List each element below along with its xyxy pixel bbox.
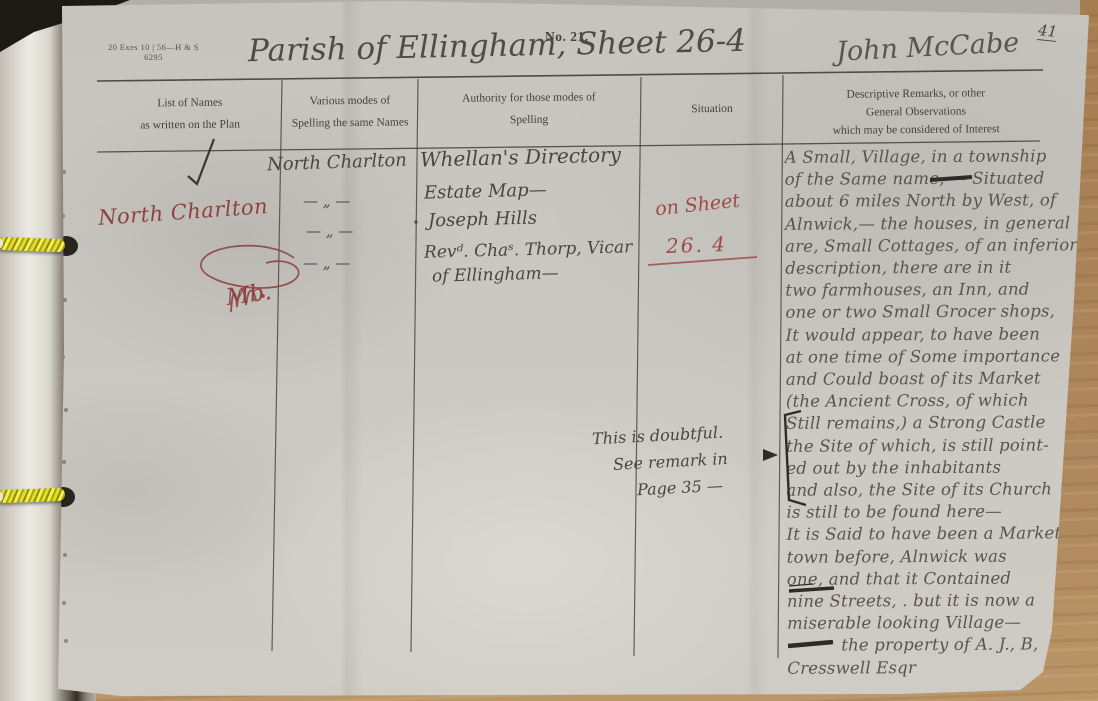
remarks-line: and also, the Site of its Church	[786, 478, 1086, 502]
remarks-line: nine Streets, . but it is now a	[787, 589, 1087, 613]
binding-cord-top	[0, 237, 65, 252]
bracket-arrow-icon	[763, 449, 778, 461]
page-number: 41	[1037, 21, 1058, 42]
remarks-line: miserable looking Village—	[787, 611, 1087, 635]
remarks-line: and Could boast of its Market	[786, 367, 1086, 391]
authority-item: Whellan's Directory	[420, 142, 622, 171]
column-header-remarks: Descriptive Remarks, or other General Ob…	[786, 84, 1047, 141]
column-header-spelling-modes: Various modes of Spelling the same Names	[283, 89, 417, 134]
remarks-line: Still remains,) a Strong Castle	[786, 412, 1086, 436]
column-header-situation: Situation	[642, 97, 782, 120]
checkmark-icon	[188, 139, 214, 184]
ditto-mark: — „ —	[306, 222, 353, 240]
scanned-register-photo: 20 Exes 10 | 56—H & S 6295 No. 21. Paris…	[0, 0, 1098, 701]
red-monogram: Mb.	[224, 279, 273, 311]
remarks-line: A Small, Village, in a township	[785, 145, 1085, 169]
authority-item: Estate Map—	[424, 179, 547, 203]
spelling-mode-first: North Charlton	[267, 150, 408, 176]
remarks-line: about 6 miles North by West, of	[785, 190, 1085, 214]
printer-imprint: 20 Exes 10 | 56—H & S 6295	[108, 42, 199, 62]
remarks-line: ed out by the inhabitants	[786, 456, 1086, 480]
column-divider	[778, 75, 783, 658]
remarks-line: are, Small Cottages, of an inferior	[785, 234, 1085, 258]
situation-sheet: on Sheet	[654, 190, 741, 221]
remarks-line: description, there are in it	[785, 256, 1085, 280]
column-divider	[411, 79, 418, 652]
examiner-signature: John McCabe	[835, 27, 1020, 68]
column-divider	[634, 77, 641, 656]
register-page: 20 Exes 10 | 56—H & S 6295 No. 21. Paris…	[0, 0, 1098, 701]
remarks-line: Cresswell Esqr	[787, 656, 1087, 680]
remarks-line: two farmhouses, an Inn, and	[785, 278, 1085, 302]
ink-speck	[414, 220, 417, 223]
remarks-line: the Site of which, is still point-	[786, 434, 1086, 458]
table-top-rule	[97, 70, 1043, 81]
remarks-line: (the Ancient Cross, of which	[786, 389, 1086, 413]
remarks-line: at one time of Some importance	[786, 345, 1086, 369]
column-header-names: List of Names as written on the Plan	[100, 91, 280, 137]
doubtful-note-line: Page 35 —	[637, 476, 724, 499]
remarks-line: Alnwick,— the houses, in general	[785, 212, 1085, 236]
remarks-line: is still to be found here—	[786, 500, 1086, 524]
name-on-plan: North Charlton	[97, 194, 268, 230]
remarks-line: of the Same name, — Situated	[785, 167, 1085, 191]
doubtful-note-line: This is doubtful.	[592, 423, 724, 449]
doubtful-note-line: See remark in	[613, 449, 729, 474]
authority-item: Revᵈ. Chaˢ. Thorp, Vicar	[424, 237, 633, 262]
red-underline	[648, 257, 757, 265]
authority-item: of Ellingham—	[432, 263, 559, 286]
remarks-line: the property of A. J., B,	[787, 634, 1087, 658]
remarks-line: It is Said to have been a Market	[787, 523, 1087, 547]
remarks-line: town before, Alnwick was	[787, 545, 1087, 569]
remarks-line: one, and that it Contained	[787, 567, 1087, 591]
remarks-line: It would appear, to have been	[786, 323, 1086, 347]
column-header-authority: Authority for those modes of Spelling	[420, 86, 638, 132]
remarks-text: A Small, Village, in a township of the S…	[785, 145, 1088, 679]
situation-sheet-number: 26. 4	[666, 232, 728, 258]
remarks-line: one or two Small Grocer shops,	[785, 301, 1085, 325]
ditto-mark: — „ —	[303, 192, 350, 210]
ditto-mark: — „ —	[303, 254, 350, 272]
page-title: Parish of Ellingham, Sheet 26-4	[248, 23, 747, 69]
binding-cord-bottom	[0, 488, 65, 503]
authority-item: Joseph Hills	[428, 208, 537, 232]
